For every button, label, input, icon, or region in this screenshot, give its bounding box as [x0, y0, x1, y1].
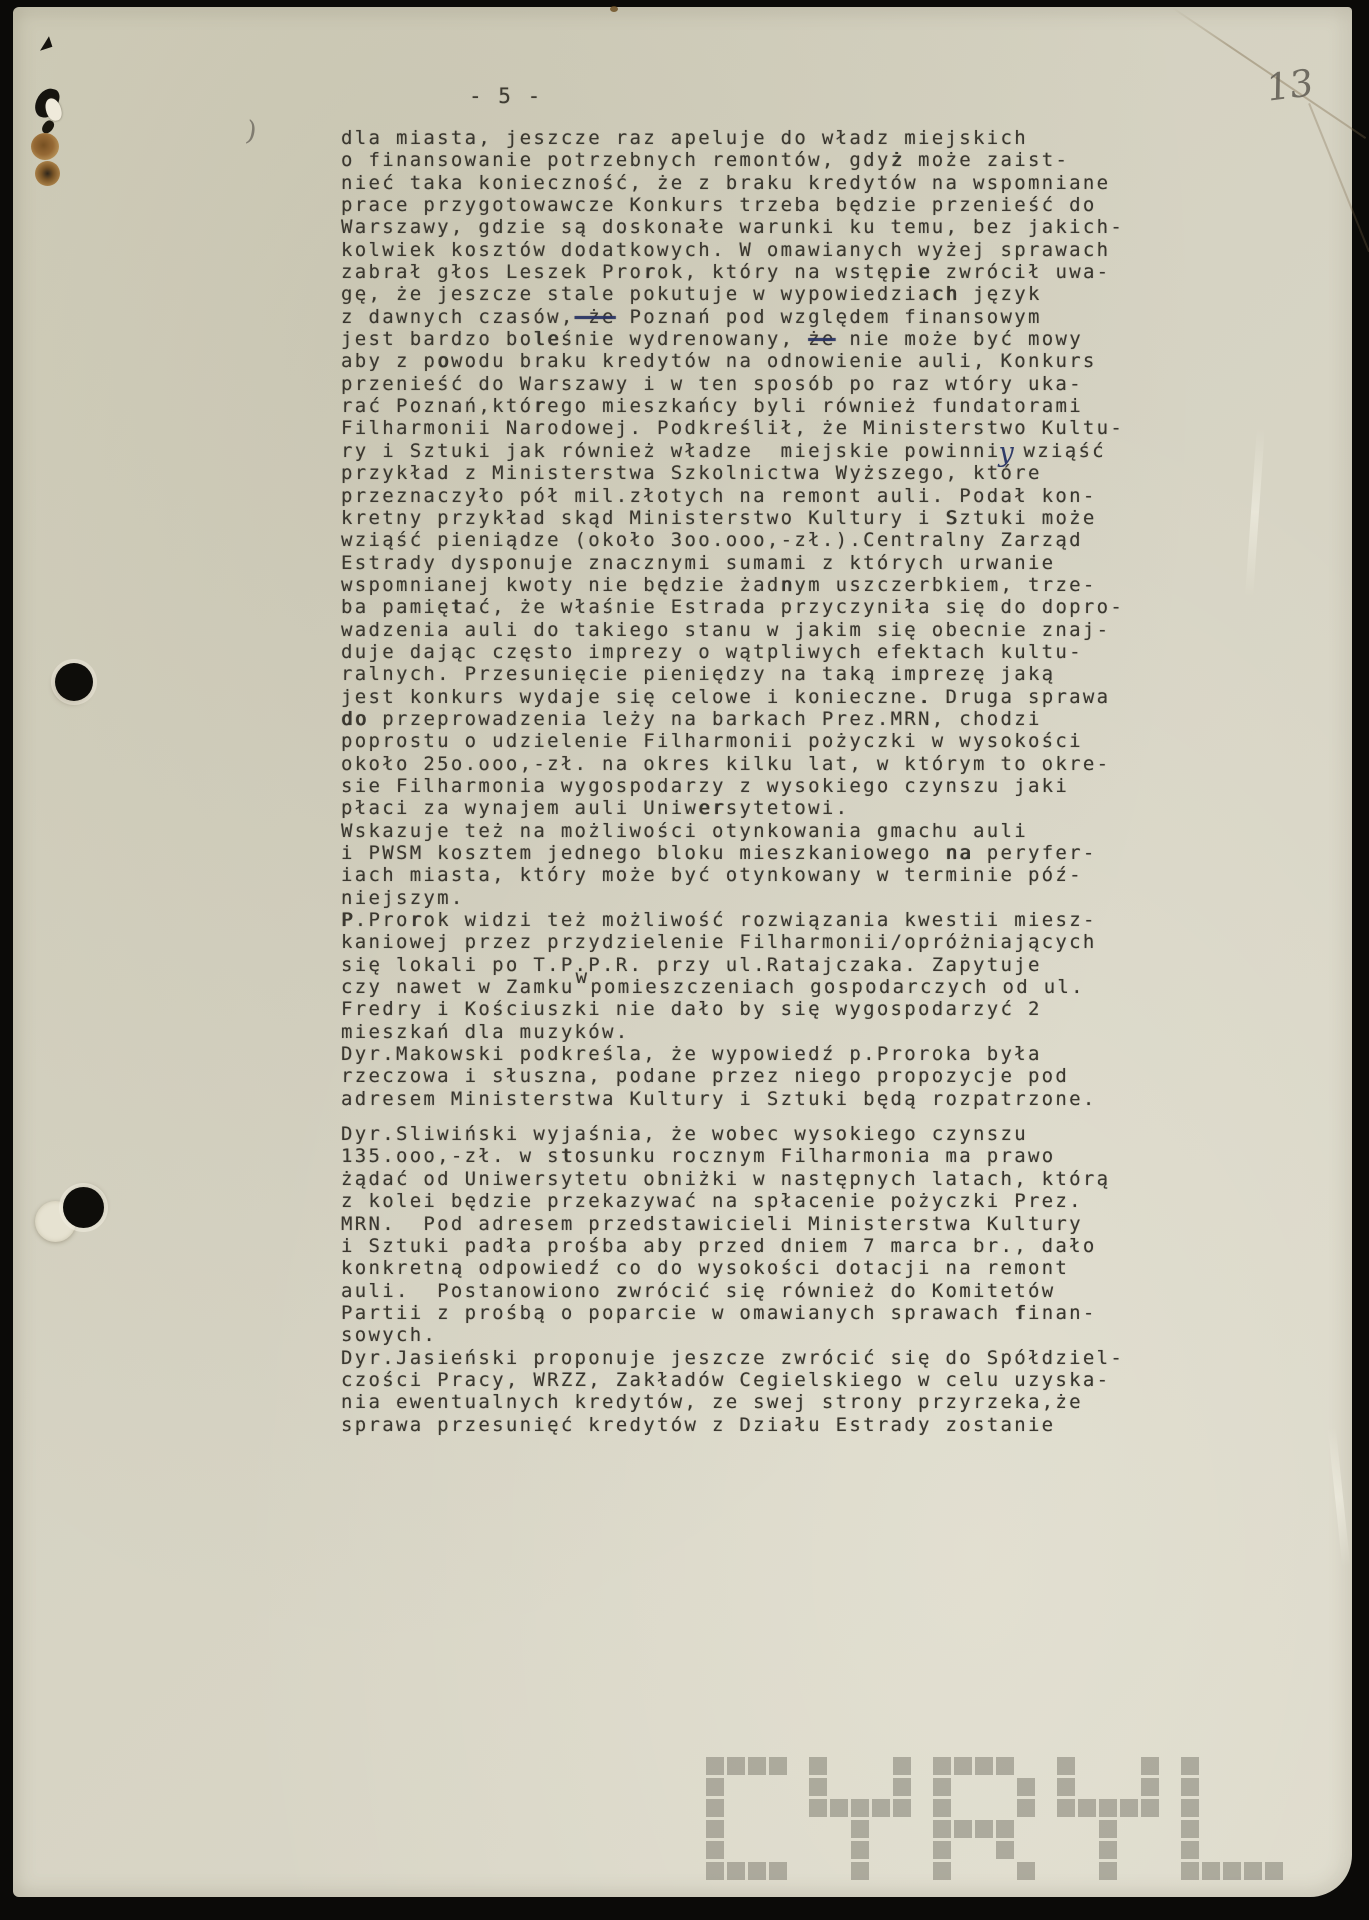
fold-crease-top-right-2: [1308, 103, 1369, 252]
typed-segment-sup: w: [576, 966, 590, 988]
handwritten-folio-number: 13: [1266, 61, 1314, 110]
typed-segment: Druga sprawa: [932, 686, 1111, 708]
typed-segment: auli. Postanowiono: [341, 1280, 616, 1302]
typed-segment-ot: f: [1014, 1302, 1028, 1324]
typed-segment-ot: ch: [932, 283, 959, 305]
typed-line: Dyr.Makowski podkreśla, że wypowiedź p.P…: [341, 1043, 1124, 1065]
typed-segment: jest bardzo bo: [341, 328, 533, 350]
typed-line: mieszkań dla muzyków.: [341, 1021, 1124, 1043]
typed-line: sprawa przesunięć kredytów z Działu Estr…: [341, 1414, 1124, 1436]
typed-segment: śnie wydrenowany,: [561, 328, 808, 350]
typed-segment: język: [959, 283, 1041, 305]
typed-line: i Sztuki padła prośba aby przed dniem 7 …: [341, 1235, 1124, 1257]
typed-segment: iach miasta, który może być otynkowany w…: [341, 864, 1083, 886]
typed-segment: mieszkań dla muzyków.: [341, 1021, 630, 1043]
typed-line: wziąść pieniądze (około 3oo.ooo,-zł.).Ce…: [341, 529, 1124, 551]
typed-segment: rać Poznań,któ: [341, 395, 533, 417]
typed-segment: sie Filharmonia wygospodarzy z wysokiego…: [341, 775, 1069, 797]
typed-segment-ot: t: [561, 1145, 575, 1167]
typed-segment-ot: na: [946, 842, 973, 864]
typed-segment: inan-: [1028, 1302, 1097, 1324]
typed-line: nieć taka konieczność, że z braku kredyt…: [341, 172, 1124, 194]
typed-segment-ot: r: [643, 261, 657, 283]
typed-line: o finansowanie potrzebnych remontów, gdy…: [341, 149, 1124, 171]
typed-segment: adresem Ministerstwa Kultury i Sztuki bę…: [341, 1088, 1097, 1110]
typed-segment: peryfer-: [973, 842, 1097, 864]
punch-hole: [55, 663, 93, 701]
typed-segment: ok, który na wstęp: [657, 261, 904, 283]
paper-wrinkle: [1245, 427, 1265, 597]
typed-line: Dyr.Sliwiński wyjaśnia, że wobec wysokie…: [341, 1123, 1124, 1145]
typed-segment: i Sztuki padła prośba aby przed dniem 7 …: [341, 1235, 1097, 1257]
typed-line: konkretną odpowiedź co do wysokości dota…: [341, 1257, 1124, 1279]
scanned-document: - 5 - 13 ) dla miasta, jeszcze raz apelu…: [0, 0, 1369, 1920]
typed-line: czy nawet w Zamkuwpomieszczeniach gospod…: [341, 976, 1124, 998]
typed-segment: się lokali po T.P.P.R. przy ul.Ratajczak…: [341, 954, 1042, 976]
typed-line: Fredry i Kościuszki nie dało by się wygo…: [341, 998, 1124, 1020]
typed-line: sowych.: [341, 1324, 1124, 1346]
typed-segment-ot: ż: [891, 149, 905, 171]
typed-segment: zabrał głos Leszek Pro: [341, 261, 643, 283]
typed-line: kaniowej przez przydzielenie Filharmonii…: [341, 931, 1124, 953]
typed-segment: .Pro: [355, 909, 410, 931]
typed-line: przenieść do Warszawy i w ten sposób po …: [341, 373, 1124, 395]
typed-segment: czości Pracy, WRZZ, Zakładów Cegielskieg…: [341, 1369, 1110, 1391]
typed-segment: przykład z Ministerstwa Szkolnictwa Wyżs…: [341, 462, 1042, 484]
typed-segment-ot: r: [410, 909, 424, 931]
typed-segment: poprostu o udzielenie Filharmonii pożycz…: [341, 730, 1083, 752]
typed-segment: i PWSM kosztem jednego bloku mieszkaniow…: [341, 842, 946, 864]
rust-stain: [31, 133, 59, 160]
typed-segment: około 25o.ooo,-zł. na okres kilku lat, w…: [341, 753, 1110, 775]
typed-line: kretny przykład skąd Ministerstwo Kultur…: [341, 507, 1124, 529]
typed-line: czości Pracy, WRZZ, Zakładów Cegielskieg…: [341, 1369, 1124, 1391]
typed-segment: duje dając często imprezy o wątpliwych e…: [341, 641, 1083, 663]
typed-line: Dyr.Jasieński proponuje jeszcze zwrócić …: [341, 1347, 1124, 1369]
typed-line: gę, że jeszcze stale pokutuje w wypowied…: [341, 283, 1124, 305]
typed-segment-strike: że: [575, 306, 616, 328]
typed-segment: czy nawet w Zamku: [341, 976, 575, 998]
typed-segment-ot: n: [781, 574, 795, 596]
typed-segment: żądać od Uniwersytetu obniżki w następny…: [341, 1168, 1110, 1190]
typed-segment: osunku rocznym Filharmonia ma prawo: [575, 1145, 1056, 1167]
typed-segment: Dyr.Jasieński proponuje jeszcze zwrócić …: [341, 1347, 1124, 1369]
typed-segment-ot: t: [451, 596, 465, 618]
typed-segment: o finansowanie potrzebnych remontów, gdy: [341, 149, 891, 171]
typed-segment: ztuki może: [959, 507, 1096, 529]
typed-segment-strike: że: [808, 328, 835, 350]
typed-line: iach miasta, który może być otynkowany w…: [341, 864, 1124, 886]
typed-segment: ralnych. Przesunięcie pieniędzy na taką …: [341, 663, 1055, 685]
typed-segment: gę, że jeszcze stale pokutuje w wypowied…: [341, 283, 932, 305]
typed-line: kolwiek kosztów dodatkowych. W omawianyc…: [341, 239, 1124, 261]
typed-line: ry i Sztuki jak również władze miejskie …: [341, 440, 1124, 462]
typed-segment: wspomnianej kwoty nie będzie żad: [341, 574, 781, 596]
typed-line: MRN. Pod adresem przedstawicieli Ministe…: [341, 1213, 1124, 1235]
typed-segment: ba pamię: [341, 596, 451, 618]
typed-line: poprostu o udzielenie Filharmonii pożycz…: [341, 730, 1124, 752]
typed-line: 135.ooo,-zł. w stosunku rocznym Filharmo…: [341, 1145, 1124, 1167]
typed-segment: Dyr.Makowski podkreśla, że wypowiedź p.P…: [341, 1043, 1042, 1065]
typed-line: Estrady dysponuje znacznymi sumami z któ…: [341, 552, 1124, 574]
typed-segment: kolwiek kosztów dodatkowych. W omawianyc…: [341, 239, 1110, 261]
typed-segment: nia ewentualnych kredytów, ze swej stron…: [341, 1391, 1083, 1413]
typed-line: i PWSM kosztem jednego bloku mieszkaniow…: [341, 842, 1124, 864]
typed-line: jest bardzo boleśnie wydrenowany, że nie…: [341, 328, 1124, 350]
typed-segment: pomieszczeniach gospodarczych od ul.: [590, 976, 1085, 998]
typed-line: aby z powodu braku kredytów na odnowieni…: [341, 350, 1124, 372]
watermark-letter-C: [706, 1757, 787, 1880]
typed-line: auli. Postanowiono zwrócić się również d…: [341, 1280, 1124, 1302]
typed-segment-ot: le: [533, 328, 560, 350]
typed-segment-ot: er: [698, 797, 725, 819]
typed-line: Partii z prośbą o poparcie w omawianych …: [341, 1302, 1124, 1324]
typed-segment: ać, że właśnie Estrada przyczyniła się d…: [465, 596, 1124, 618]
typed-segment-ot: .: [918, 686, 932, 708]
typed-line: do przeprowadzenia leży na barkach Prez.…: [341, 708, 1124, 730]
page-number: - 5 -: [469, 84, 542, 108]
watermark-letter-Y: [1057, 1757, 1159, 1880]
typed-line: się lokali po T.P.P.R. przy ul.Ratajczak…: [341, 954, 1124, 976]
typed-line: ba pamiętać, że właśnie Estrada przyczyn…: [341, 596, 1124, 618]
typed-segment-ot: S: [946, 507, 960, 529]
typed-line: adresem Ministerstwa Kultury i Sztuki bę…: [341, 1088, 1124, 1110]
typed-segment: wodu braku kredytów na odnowienie auli, …: [451, 350, 1097, 372]
typed-segment-ot: o: [437, 350, 451, 372]
typed-segment: z dawnych czasów,: [341, 306, 575, 328]
typed-line: zabrał głos Leszek Prorok, który na wstę…: [341, 261, 1124, 283]
typed-text-block: dla miasta, jeszcze raz apeluje do władz…: [341, 127, 1124, 1436]
typed-line: duje dając często imprezy o wątpliwych e…: [341, 641, 1124, 663]
typed-segment-ot: P: [341, 909, 355, 931]
typed-segment-ot: ie: [904, 261, 931, 283]
typed-segment: przenieść do Warszawy i w ten sposób po …: [341, 373, 1083, 395]
typed-segment: może zaist-: [904, 149, 1069, 171]
rust-stain: [35, 161, 60, 186]
typed-segment: ego mieszkańcy byli również fundatorami: [547, 395, 1083, 417]
typed-segment: Estrady dysponuje znacznymi sumami z któ…: [341, 552, 1055, 574]
typed-segment: wrócić się również do Komitetów: [630, 1280, 1056, 1302]
typed-segment: sowych.: [341, 1324, 437, 1346]
typed-segment: wziąść: [1010, 440, 1106, 462]
typed-line: około 25o.ooo,-zł. na okres kilku lat, w…: [341, 753, 1124, 775]
typed-segment: z kolei będzie przekazywać na spłacenie …: [341, 1190, 1083, 1212]
typed-segment: nieć taka konieczność, że z braku kredyt…: [341, 172, 1110, 194]
typed-line: nia ewentualnych kredytów, ze swej stron…: [341, 1391, 1124, 1413]
typed-line: dla miasta, jeszcze raz apeluje do władz…: [341, 127, 1124, 149]
typed-segment: ym uszczerbkiem, trze-: [794, 574, 1096, 596]
typed-segment: Dyr.Sliwiński wyjaśnia, że wobec wysokie…: [341, 1123, 1028, 1145]
typed-segment: niejszym.: [341, 887, 465, 909]
typed-line: ralnych. Przesunięcie pieniędzy na taką …: [341, 663, 1124, 685]
typed-line: płaci za wynajem auli Uniwersytetowi.: [341, 797, 1124, 819]
typed-line: P.Prorok widzi też możliwość rozwiązania…: [341, 909, 1124, 931]
punch-hole: [63, 1187, 104, 1228]
typed-line: niejszym.: [341, 887, 1124, 909]
watermark-letter-L: [1181, 1757, 1283, 1880]
typed-segment: rzeczowa i słuszna, podane przez niego p…: [341, 1065, 1069, 1087]
typed-line: sie Filharmonia wygospodarzy z wysokiego…: [341, 775, 1124, 797]
typed-segment: wziąść pieniądze (około 3oo.ooo,-zł.).Ce…: [341, 529, 1083, 551]
typed-segment: 135.ooo,-zł. w s: [341, 1145, 561, 1167]
cyryl-watermark: [706, 1757, 1283, 1880]
typed-segment-ot: do: [341, 708, 368, 730]
typed-line: Wskazuje też na możliwości otynkowania g…: [341, 820, 1124, 842]
typed-segment: aby z p: [341, 350, 437, 372]
typed-line: jest konkurs wydaje się celowe i koniecz…: [341, 686, 1124, 708]
typed-segment: zwrócił uwa-: [932, 261, 1111, 283]
typed-line: rać Poznań,którego mieszkańcy byli równi…: [341, 395, 1124, 417]
typed-segment: przeprowadzenia leży na barkach Prez.MRN…: [368, 708, 1041, 730]
typed-line: z dawnych czasów, że Poznań pod względem…: [341, 306, 1124, 328]
typed-line: przeznaczyło pół mil.złotych na remont a…: [341, 485, 1124, 507]
typed-segment: Fredry i Kościuszki nie dało by się wygo…: [341, 998, 1042, 1020]
watermark-letter-R: [933, 1757, 1035, 1880]
typed-segment: sytetowi.: [726, 797, 850, 819]
typed-segment: MRN. Pod adresem przedstawicieli Ministe…: [341, 1213, 1083, 1235]
typed-segment: kretny przykład skąd Ministerstwo Kultur…: [341, 507, 946, 529]
typed-segment-ins: y: [998, 437, 1013, 468]
typed-line: z kolei będzie przekazywać na spłacenie …: [341, 1190, 1124, 1212]
paper-speck: [610, 6, 618, 12]
typed-line: Warszawy, gdzie są doskonałe warunki ku …: [341, 216, 1124, 238]
typed-segment: przeznaczyło pół mil.złotych na remont a…: [341, 485, 1097, 507]
typed-segment: Poznań pod względem finansowym: [616, 306, 1042, 328]
typed-segment: wadzenia auli do takiego stanu w jakim s…: [341, 619, 1110, 641]
typed-segment-ot: r: [533, 395, 547, 417]
typed-line: żądać od Uniwersytetu obniżki w następny…: [341, 1168, 1124, 1190]
typed-segment: prace przygotowawcze Konkurs trzeba będz…: [341, 194, 1097, 216]
watermark-letter-Y: [809, 1757, 911, 1880]
typed-segment: konkretną odpowiedź co do wysokości dota…: [341, 1257, 1069, 1279]
typed-segment: ry i Sztuki jak również władze miejskie …: [341, 440, 1000, 462]
typed-segment: Warszawy, gdzie są doskonałe warunki ku …: [341, 216, 1124, 238]
typed-segment: dla miasta, jeszcze raz apeluje do władz…: [341, 127, 1028, 149]
typed-segment: kaniowej przez przydzielenie Filharmonii…: [341, 931, 1097, 953]
typed-line: wspomnianej kwoty nie będzie żadnym uszc…: [341, 574, 1124, 596]
typed-segment: Partii z prośbą o poparcie w omawianych …: [341, 1302, 1014, 1324]
typed-segment: płaci za wynajem auli Uniw: [341, 797, 698, 819]
typed-segment: sprawa przesunięć kredytów z Działu Estr…: [341, 1414, 1055, 1436]
typed-segment: nie może być mowy: [836, 328, 1083, 350]
typed-segment: ok widzi też możliwość rozwiązania kwest…: [423, 909, 1096, 931]
typed-line: rzeczowa i słuszna, podane przez niego p…: [341, 1065, 1124, 1087]
typed-line: wadzenia auli do takiego stanu w jakim s…: [341, 619, 1124, 641]
paper-wrinkle: [1328, 1427, 1351, 1567]
typed-segment-ot: z: [616, 1280, 630, 1302]
typed-line: prace przygotowawcze Konkurs trzeba będz…: [341, 194, 1124, 216]
typed-segment: Wskazuje też na możliwości otynkowania g…: [341, 820, 1028, 842]
typed-segment: jest konkurs wydaje się celowe i koniecz…: [341, 686, 918, 708]
